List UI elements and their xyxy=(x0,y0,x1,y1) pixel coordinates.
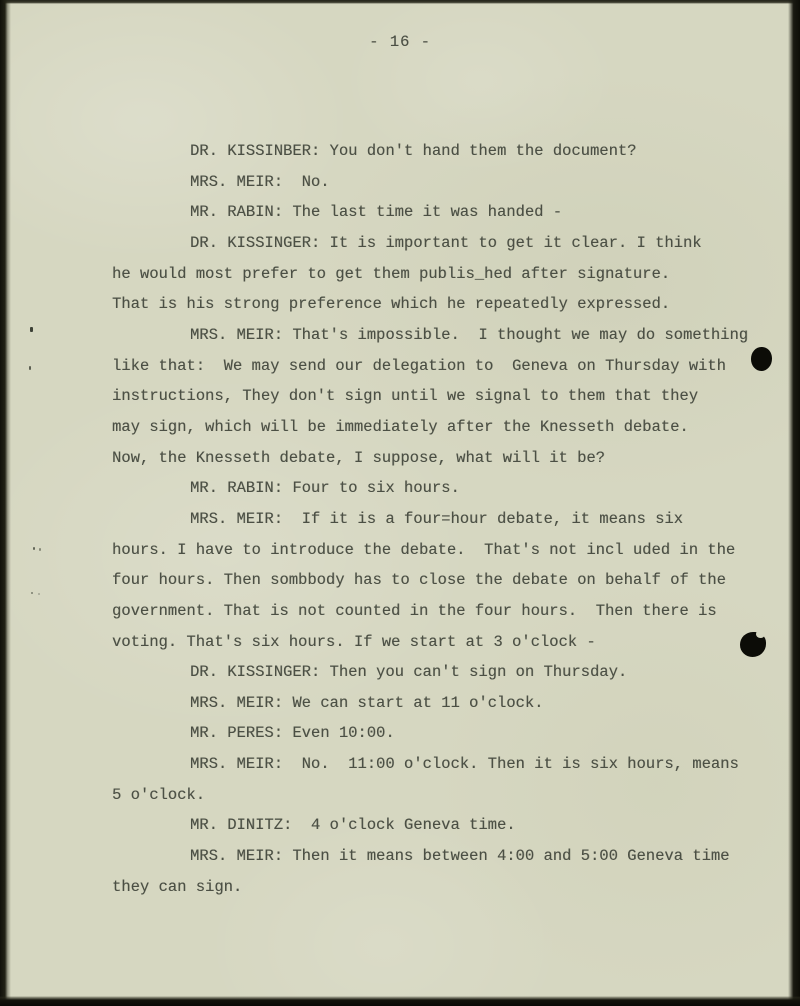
transcript-line: MRS. MEIR: We can start at 11 o'clock. xyxy=(0,688,800,719)
document-page: - 16 - DR. KISSINBER: You don't hand the… xyxy=(0,0,800,1006)
transcript-line: MR. PERES: Even 10:00. xyxy=(0,718,800,749)
transcript-line: DR. KISSINGER: It is important to get it… xyxy=(0,228,800,259)
transcript-line: he would most prefer to get them publis_… xyxy=(0,259,800,290)
transcript-line: four hours. Then sombbody has to close t… xyxy=(0,565,800,596)
scan-edge-right xyxy=(788,0,800,1006)
transcript-line: hours. I have to introduce the debate. T… xyxy=(0,535,800,566)
transcript-line: MRS. MEIR: Then it means between 4:00 an… xyxy=(0,841,800,872)
hole-punch-notch xyxy=(756,630,765,638)
scan-edge-top xyxy=(0,0,800,4)
scan-edge-bottom xyxy=(0,996,800,1006)
transcript-line: DR. KISSINBER: You don't hand them the d… xyxy=(0,136,800,167)
transcript-line: voting. That's six hours. If we start at… xyxy=(0,627,800,658)
scan-edge-left xyxy=(0,0,11,1006)
ink-speck xyxy=(33,547,35,550)
page-number: - 16 - xyxy=(0,33,800,51)
transcript-line: DR. KISSINGER: Then you can't sign on Th… xyxy=(0,657,800,688)
ink-speck xyxy=(30,327,33,332)
transcript-line: may sign, which will be immediately afte… xyxy=(0,412,800,443)
transcript-line: like that: We may send our delegation to… xyxy=(0,351,800,382)
transcript-line: MRS. MEIR: If it is a four=hour debate, … xyxy=(0,504,800,535)
transcript-line: Now, the Knesseth debate, I suppose, wha… xyxy=(0,443,800,474)
ink-speck xyxy=(31,592,33,594)
transcript-line: MR. RABIN: Four to six hours. xyxy=(0,473,800,504)
transcript-line: That is his strong preference which he r… xyxy=(0,289,800,320)
transcript-line: MRS. MEIR: No. 11:00 o'clock. Then it is… xyxy=(0,749,800,780)
transcript-line: MRS. MEIR: No. xyxy=(0,167,800,198)
transcript-line: 5 o'clock. xyxy=(0,780,800,811)
transcript-line: they can sign. xyxy=(0,872,800,903)
hole-punch-dot-top xyxy=(751,347,772,371)
transcript-line: MR. DINITZ: 4 o'clock Geneva time. xyxy=(0,810,800,841)
transcript-line: instructions, They don't sign until we s… xyxy=(0,381,800,412)
ink-speck xyxy=(29,366,31,370)
transcript-line: government. That is not counted in the f… xyxy=(0,596,800,627)
transcript-line: MR. RABIN: The last time it was handed - xyxy=(0,197,800,228)
transcript-body: DR. KISSINBER: You don't hand them the d… xyxy=(0,136,800,902)
transcript-line: MRS. MEIR: That's impossible. I thought … xyxy=(0,320,800,351)
